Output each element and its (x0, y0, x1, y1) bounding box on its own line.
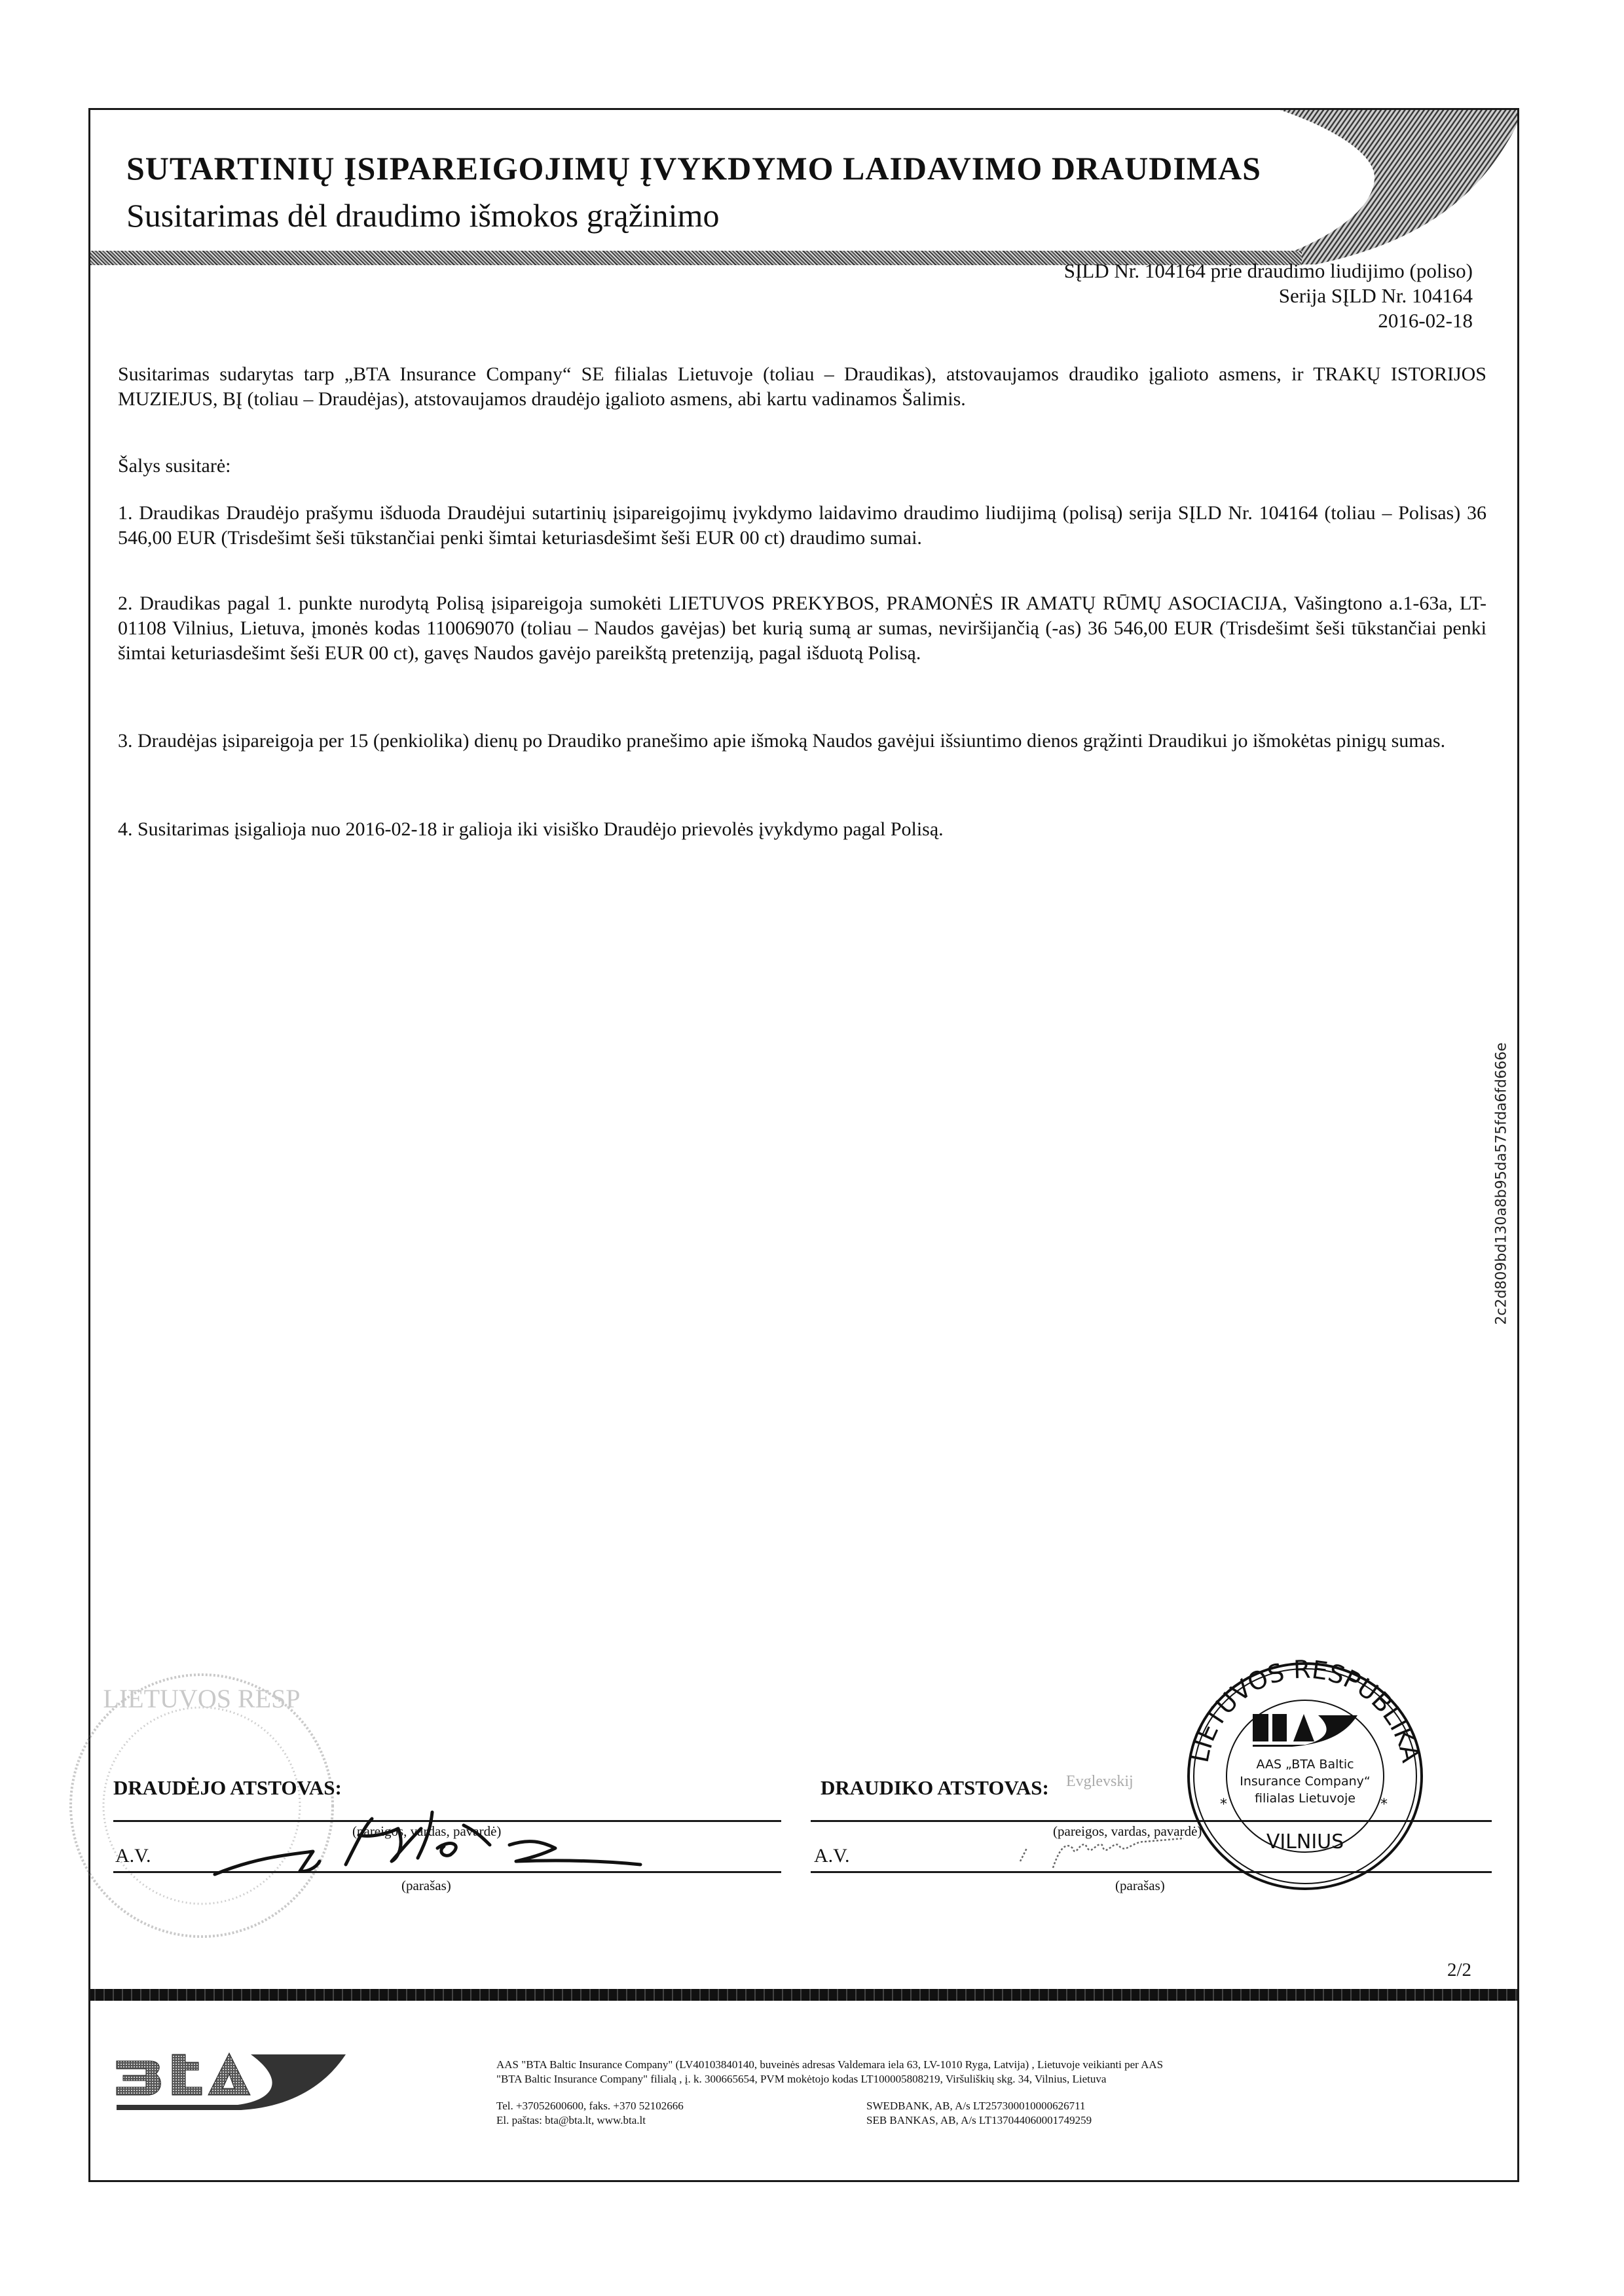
reference-date: 2016-02-18 (1064, 308, 1473, 333)
clause-3: 3. Draudėjas įsipareigoja per 15 (penkio… (118, 729, 1486, 754)
svg-text:filialas Lietuvoje: filialas Lietuvoje (1255, 1791, 1356, 1806)
insurer-stamp-abbr: A.V. (814, 1845, 849, 1867)
reference-series: Serija SĮLD Nr. 104164 (1064, 283, 1473, 308)
clause-1: 1. Draudikas Draudėjo prašymu išduoda Dr… (118, 501, 1486, 551)
bta-logo-icon (110, 2048, 385, 2120)
insured-stamp-abbr: A.V. (115, 1845, 151, 1867)
insured-representative-label: DRAUDĖJO ATSTOVAS: (113, 1776, 342, 1800)
footer-company-line-1: AAS "BTA Baltic Insurance Company" (LV40… (496, 2058, 1163, 2072)
footer-bank-swedbank: SWEDBANK, AB, A/s LT257300010000626711 (866, 2099, 1092, 2113)
svg-text:AAS „BTA Baltic: AAS „BTA Baltic (1256, 1757, 1354, 1772)
footer-bank-seb: SEB BANKAS, AB, A/s LT137044060001749259 (866, 2113, 1092, 2128)
insurer-signature-scribble (1014, 1822, 1197, 1874)
intro-paragraph: Susitarimas sudarytas tarp „BTA Insuranc… (118, 362, 1486, 412)
footer-contacts: Tel. +37052600600, faks. +370 52102666 E… (496, 2099, 684, 2128)
document-title: SUTARTINIŲ ĮSIPAREIGOJIMŲ ĮVYKDYMO LAIDA… (126, 149, 1261, 187)
svg-text:*: * (1380, 1796, 1388, 1813)
header-band: SUTARTINIŲ ĮSIPAREIGOJIMŲ ĮVYKDYMO LAIDA… (90, 110, 1517, 267)
svg-text:*: * (1220, 1796, 1227, 1813)
document-frame: SUTARTINIŲ ĮSIPAREIGOJIMŲ ĮVYKDYMO LAIDA… (88, 108, 1519, 2182)
insurer-company-stamp-icon: LIETUVOS RESPUBLIKA AAS „BTA Baltic Insu… (1181, 1652, 1430, 1894)
svg-text:Insurance Company“: Insurance Company“ (1240, 1774, 1371, 1789)
insurer-signature-caption: (parašas) (1115, 1878, 1165, 1894)
stamp-bta-logo-icon (1253, 1714, 1357, 1747)
side-document-hash: 2c2d809bd130a8b95da575fda6fd666e (1488, 1013, 1515, 1354)
insurer-faint-name: Evglevskij (1066, 1773, 1134, 1791)
footer-phone: Tel. +37052600600, faks. +370 52102666 (496, 2099, 684, 2113)
insured-signature-scribble (202, 1799, 660, 1884)
svg-text:VILNIUS: VILNIUS (1266, 1831, 1344, 1853)
header-swoosh-graphic (1237, 110, 1517, 266)
side-hash-text: 2c2d809bd130a8b95da575fda6fd666e (1494, 1042, 1510, 1324)
footer-email: El. paštas: bta@bta.lt, www.bta.lt (496, 2113, 684, 2128)
reference-block: SĮLD Nr. 104164 prie draudimo liudijimo … (1064, 259, 1473, 333)
svg-text:LIETUVOS RESPUBLIKA: LIETUVOS RESPUBLIKA (1185, 1655, 1426, 1765)
reference-policy: SĮLD Nr. 104164 prie draudimo liudijimo … (1064, 259, 1473, 283)
svg-text:LIETUVOS RESP: LIETUVOS RESP (103, 1684, 300, 1713)
document-subtitle: Susitarimas dėl draudimo išmokos grąžini… (126, 196, 719, 234)
footer-company-info: AAS "BTA Baltic Insurance Company" (LV40… (496, 2058, 1163, 2086)
clause-2: 2. Draudikas pagal 1. punkte nurodytą Po… (118, 591, 1486, 666)
footer-banks: SWEDBANK, AB, A/s LT257300010000626711 S… (866, 2099, 1092, 2128)
clause-4: 4. Susitarimas įsigalioja nuo 2016-02-18… (118, 817, 1486, 842)
footer-divider-bar (90, 1989, 1517, 2001)
footer-company-line-2: "BTA Baltic Insurance Company" filialą ,… (496, 2072, 1163, 2086)
insurer-representative-label: DRAUDIKO ATSTOVAS: (821, 1776, 1049, 1800)
agreed-heading: Šalys susitarė: (118, 454, 1486, 479)
page-number: 2/2 (1447, 1959, 1471, 1981)
